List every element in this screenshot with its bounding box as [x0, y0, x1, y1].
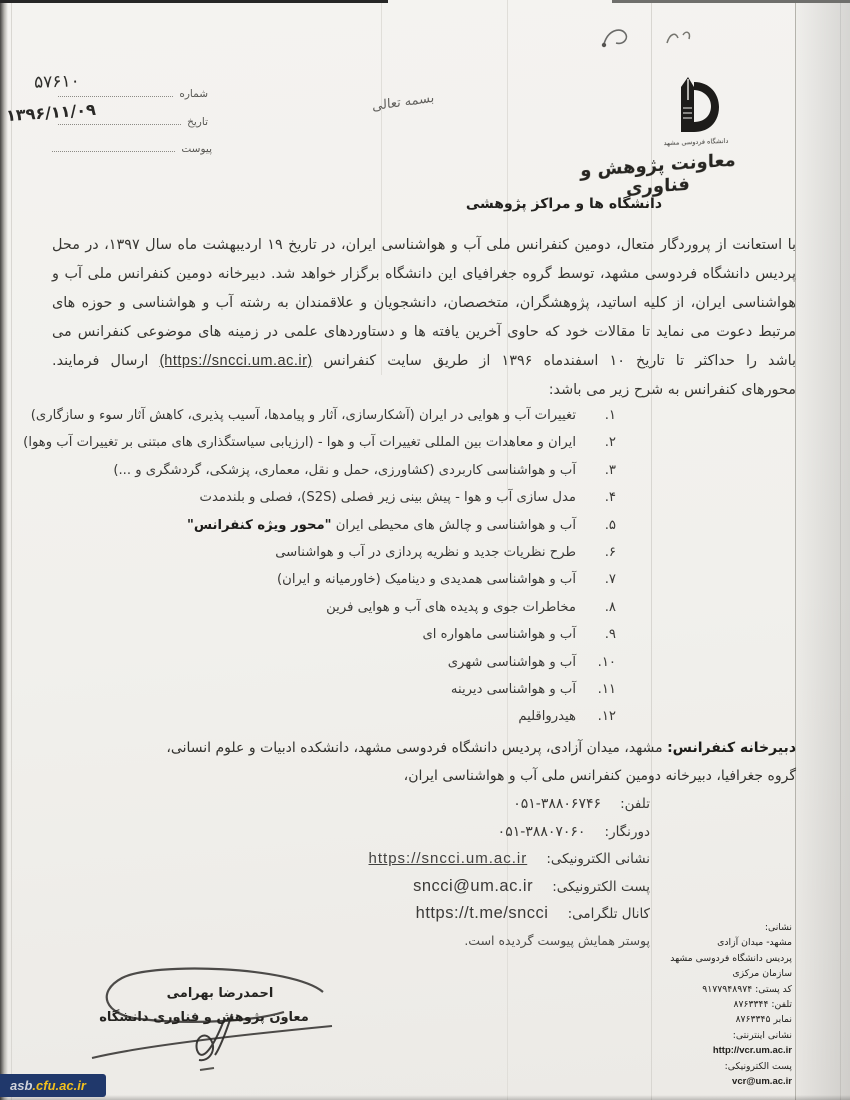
topic-item: ۷. آب و هواشناسی همدیدی و دینامیک (خاورم… — [88, 566, 616, 593]
watermark-badge: asb.cfu.ac.ir — [0, 1074, 106, 1097]
secretariat-address: مشهد، میدان آزادی، پردیس دانشگاه فردوسی … — [166, 740, 662, 756]
footer-line: نمابر ۸۷۶۳۳۴۵ — [652, 1012, 792, 1027]
topic-text: مخاطرات جوی و پدیده های آب و هوایی فرین — [326, 594, 576, 621]
topic-number: ۵. — [592, 512, 616, 539]
topic-item: ۱۰. آب و هواشناسی شهری — [88, 649, 616, 676]
footer-website-url: http://vcr.um.ac.ir — [652, 1043, 792, 1058]
secretariat-block: دبیرخانه کنفرانس: مشهد، میدان آزادی، پرد… — [52, 735, 796, 790]
topic-item: ۱. تغییرات آب و هوایی در ایران (آشکارساز… — [88, 402, 616, 429]
ref-attachment-row: پیوست — [52, 143, 212, 155]
telegram-row: کانال تلگرامی: https://t.me/sncci — [0, 899, 650, 927]
topic-item: ۹. آب و هواشناسی ماهواره ای — [88, 621, 616, 648]
scan-top-edge — [612, 0, 850, 3]
scan-right-edge — [795, 0, 850, 1100]
topic-number: ۸. — [592, 594, 616, 621]
topic-text: مدل سازی آب و هوا - پیش بینی زیر فصلی (S… — [200, 484, 576, 511]
signature-block: احمدرضا بهرامی معاون پژوهش و فناوری دانش… — [78, 962, 348, 1082]
university-logo-icon — [668, 74, 724, 136]
poster-note: پوستر همایش پیوست گردیده است. — [0, 927, 650, 955]
topic-text: آب و هواشناسی شهری — [448, 649, 576, 676]
topic-item: ۳. آب و هواشناسی کاربردی (کشاورزی، حمل و… — [88, 457, 616, 484]
ref-date-label: تاریخ — [187, 116, 208, 128]
topic-text: آب و هواشناسی کاربردی (کشاورزی، حمل و نق… — [113, 457, 576, 484]
university-logo-caption: دانشگاه فردوسی مشهد — [650, 136, 742, 147]
topic-number: ۱۲. — [592, 703, 616, 730]
website-row: نشانی الکترونیکی: https://sncci.um.ac.ir — [0, 844, 650, 872]
watermark-suffix: .cfu.ac.ir — [32, 1078, 85, 1093]
footer-email: vcr@um.ac.ir — [652, 1074, 792, 1089]
website-url: https://sncci.um.ac.ir — [369, 845, 528, 873]
email-row: پست الکترونیکی: sncci@um.ac.ir — [0, 872, 650, 900]
footer-line: نشانی اینترنتی: — [652, 1028, 792, 1043]
topic-text: آب و هواشناسی ماهواره ای — [422, 621, 576, 648]
signatory-title: معاون پژوهش و فناوری دانشگاه — [86, 1010, 322, 1025]
fax-label: دورنگار: — [605, 824, 650, 840]
topic-special-highlight: "محور ویژه کنفرانس" — [187, 512, 331, 539]
telegram-label: کانال تلگرامی: — [568, 906, 650, 922]
footer-line: پست الکترونیکی: — [652, 1059, 792, 1074]
conference-topics-list: ۱. تغییرات آب و هوایی در ایران (آشکارساز… — [88, 402, 616, 731]
pen-scribble-icon — [598, 24, 642, 54]
topic-item: ۲. ایران و معاهدات بین المللی تغییرات آب… — [88, 429, 616, 456]
footer-line: کد پستی: ۹۱۷۷۹۴۸۹۷۴ — [652, 982, 792, 997]
signatory-name: احمدرضا بهرامی — [140, 986, 300, 1001]
body-line: مرتبط دعوت می نماید تا مقالات خود که حاو… — [52, 318, 796, 347]
body-line-text: ارسال فرمایند. — [52, 353, 148, 369]
topic-number: ۱. — [592, 402, 616, 429]
topic-number: ۶. — [592, 539, 616, 566]
topic-text: طرح نظریات جدید و نظریه پردازی در آب و ه… — [275, 539, 576, 566]
website-label: نشانی الکترونیکی: — [546, 851, 650, 867]
scan-bottom-edge — [0, 1095, 850, 1100]
topic-text: تغییرات آب و هوایی در ایران (آشکارسازی، … — [31, 402, 576, 429]
topic-number: ۷. — [592, 566, 616, 593]
footer-line: مشهد- میدان آزادی — [652, 935, 792, 950]
topic-number: ۱۰. — [592, 649, 616, 676]
conference-site-url: (https://sncci.um.ac.ir) — [159, 353, 312, 369]
topic-text: هیدرواقلیم — [518, 703, 576, 730]
topic-number: ۹. — [592, 621, 616, 648]
secretariat-line: دبیرخانه کنفرانس: مشهد، میدان آزادی، پرد… — [52, 735, 796, 763]
ref-number-row: شماره — [58, 88, 208, 100]
scan-top-edge — [0, 0, 388, 3]
recipient-heading: دانشگاه ها و مراکز پژوهشی — [438, 196, 662, 212]
footer-address-block: نشانی: مشهد- میدان آزادی پردیس دانشگاه ف… — [652, 920, 792, 1089]
topic-number: ۳. — [592, 457, 616, 484]
topic-text: آب و هواشناسی دیرینه — [451, 676, 576, 703]
body-line-text: باشد را حداکثر تا تاریخ ۱۰ اسفندماه ۱۳۹۶… — [323, 353, 796, 369]
footer-line: تلفن: ۸۷۶۳۳۴۴ — [652, 997, 792, 1012]
contact-block: تلفن: ۰۵۱-۳۸۸۰۶۷۴۶ دورنگار: ۰۵۱-۳۸۸۰۷۰۶۰… — [0, 789, 650, 954]
topic-number: ۴. — [592, 484, 616, 511]
topic-item: ۵. آب و هواشناسی و چالش های محیطی ایران … — [88, 512, 616, 539]
ref-number-label: شماره — [179, 88, 208, 100]
footer-line: پردیس دانشگاه فردوسی مشهد — [652, 951, 792, 966]
scanned-letter-page: شماره تاریخ پیوست ۵۷۶۱۰ ۱۳۹۶/۱۱/۰۹ بسمه … — [0, 0, 850, 1100]
topic-item: ۱۲. هیدرواقلیم — [88, 703, 616, 730]
topic-text: آب و هواشناسی و چالش های محیطی ایران — [336, 512, 576, 539]
topic-text: آب و هواشناسی همدیدی و دینامیک (خاورمیان… — [277, 566, 576, 593]
ref-attachment-dotted-line — [52, 149, 175, 152]
body-line: با استعانت از پروردگار متعال، دومین کنفر… — [52, 231, 796, 260]
phone-value: ۰۵۱-۳۸۸۰۶۷۴۶ — [513, 791, 601, 819]
email-value: sncci@um.ac.ir — [413, 873, 533, 901]
secretariat-line: گروه جغرافیا، دبیرخانه دومین کنفرانس ملی… — [52, 763, 796, 791]
topic-text: ایران و معاهدات بین المللی تغییرات آب و … — [23, 429, 576, 456]
letter-body: با استعانت از پروردگار متعال، دومین کنفر… — [52, 231, 796, 405]
topic-item: ۶. طرح نظریات جدید و نظریه پردازی در آب … — [88, 539, 616, 566]
fax-value: ۰۵۱-۳۸۸۰۷۰۶۰ — [498, 819, 586, 847]
phone-label: تلفن: — [620, 796, 650, 812]
topic-item: ۸. مخاطرات جوی و پدیده های آب و هوایی فر… — [88, 594, 616, 621]
footer-line: نشانی: — [652, 920, 792, 935]
body-line: باشد را حداکثر تا تاریخ ۱۰ اسفندماه ۱۳۹۶… — [52, 347, 796, 376]
email-label: پست الکترونیکی: — [552, 879, 650, 895]
topic-number: ۲. — [592, 429, 616, 456]
topic-item: ۱۱. آب و هواشناسی دیرینه — [88, 676, 616, 703]
ref-date-dotted-line — [58, 122, 181, 125]
watermark-prefix: asb — [10, 1078, 32, 1093]
ref-number-value: ۵۷۶۱۰ — [34, 71, 80, 93]
topic-item: ۴. مدل سازی آب و هوا - پیش بینی زیر فصلی… — [88, 484, 616, 511]
pen-scribble-icon — [662, 26, 696, 52]
telegram-url: https://t.me/sncci — [416, 900, 549, 928]
phone-row: تلفن: ۰۵۱-۳۸۸۰۶۷۴۶ — [0, 789, 650, 817]
topics-intro-line: محورهای کنفرانس به شرح زیر می باشد: — [52, 376, 796, 405]
topic-number: ۱۱. — [592, 676, 616, 703]
secretariat-label: دبیرخانه کنفرانس: — [667, 740, 796, 756]
fax-row: دورنگار: ۰۵۱-۳۸۸۰۷۰۶۰ — [0, 817, 650, 845]
body-line: پردیس دانشگاه فردوسی مشهد، توسط گروه جغر… — [52, 260, 796, 289]
ref-attachment-label: پیوست — [181, 143, 212, 155]
ref-number-dotted-line — [58, 94, 173, 97]
body-line: هواشناسی ایران، از کلیه اساتید، پژوهشگرا… — [52, 289, 796, 318]
footer-line: سازمان مرکزی — [652, 966, 792, 981]
